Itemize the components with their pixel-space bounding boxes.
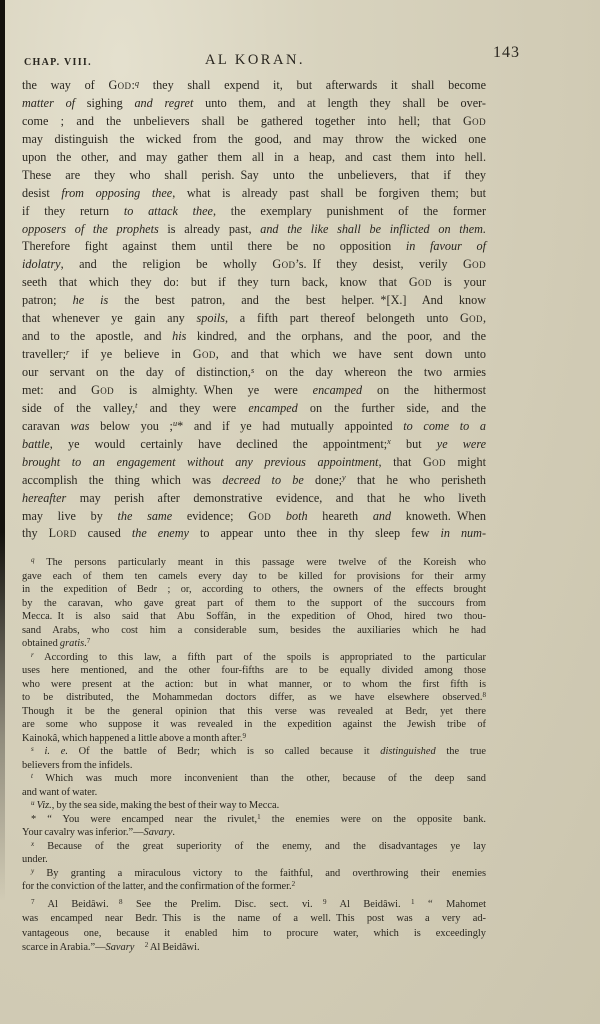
paragraph: t Which was much more inconvenient than …: [22, 772, 486, 799]
text-line: to be distributed, the Mohammedan doctor…: [22, 691, 486, 705]
paragraph: s i. e. Of the battle of Bedr; which is …: [22, 745, 486, 772]
text-line: in the expedition of Bedr ; or, accordin…: [22, 583, 486, 597]
text-line: traveller;r if ye believe in God, and th…: [22, 346, 486, 364]
paragraph: the way of God:q they shall expend it, b…: [22, 77, 486, 543]
page-number: 143: [493, 44, 520, 62]
text-line: battle, ye would certainly have declined…: [22, 436, 486, 454]
paragraph: 7 Al Beidâwi. 8 See the Prelim. Disc. se…: [22, 898, 486, 955]
text-line: upon the other, and may gather them all …: [22, 149, 486, 167]
page-header: CHAP. VIII. AL KORAN. 143: [22, 44, 488, 68]
text-line: for the conviction of the latter, and th…: [22, 880, 486, 894]
text-line: sand Arabs, who cost him a considerable …: [22, 624, 486, 638]
text-line: desist from opposing thee, what is alrea…: [22, 185, 486, 203]
text-line: accomplish the thing which was decreed t…: [22, 472, 486, 490]
text-line: * “ You were encamped near the rivulet,1…: [22, 813, 486, 827]
text-line: the way of God:q they shall expend it, b…: [22, 77, 486, 95]
text-line: patron; he is the best patron, and the b…: [22, 292, 486, 310]
text-line: gave each of them ten camels every day t…: [22, 570, 486, 584]
text-line: Though it be the general opinion that th…: [22, 705, 486, 719]
text-line: 7 Al Beidâwi. 8 See the Prelim. Disc. se…: [22, 898, 486, 912]
text-line: are some who suppose it was revealed in …: [22, 718, 486, 732]
text-line: met: and God is almighty. When ye were e…: [22, 382, 486, 400]
text-line: q The persons particularly meant in this…: [22, 556, 486, 570]
paragraph: x Because of the great superiority of th…: [22, 840, 486, 867]
text-line: who were present at the action: but in w…: [22, 678, 486, 692]
text-line: matter of sighing and regret unto them, …: [22, 95, 486, 113]
paragraph: q The persons particularly meant in this…: [22, 556, 486, 651]
text-line: under.: [22, 853, 486, 867]
text-line: These are they who shall perish. Say unt…: [22, 167, 486, 185]
text-line: that whenever ye gain any spoils, a fift…: [22, 310, 486, 328]
text-line: u Viz., by the sea side, making the best…: [22, 799, 486, 813]
text-line: brought to an engagement without any pre…: [22, 454, 486, 472]
text-line: caravan was below you ;u* and if ye had …: [22, 418, 486, 436]
text-line: Mecca. It is also said that Abu Soffân, …: [22, 610, 486, 624]
text-line: vantageous one, because it enabled him t…: [22, 927, 486, 941]
paragraph: u Viz., by the sea side, making the best…: [22, 799, 486, 813]
text-line: seeth that which they do: but if they tu…: [22, 274, 486, 292]
text-line: obtained gratis.7: [22, 637, 486, 651]
text-line: if they return to attack thee, the exemp…: [22, 203, 486, 221]
footnotes-section: q The persons particularly meant in this…: [22, 556, 486, 894]
text-line: and want of water.: [22, 786, 486, 800]
main-text: the way of God:q they shall expend it, b…: [22, 77, 486, 543]
text-line: hereafter may perish after demonstrative…: [22, 490, 486, 508]
running-title: AL KORAN.: [205, 52, 305, 69]
text-line: x Because of the great superiority of th…: [22, 840, 486, 854]
paragraph: r According to this law, a fifth part of…: [22, 651, 486, 746]
page-edge-shadow: [0, 0, 5, 1024]
text-line: s i. e. Of the battle of Bedr; which is …: [22, 745, 486, 759]
text-line: come ; and the unbelievers shall be gath…: [22, 113, 486, 131]
text-line: side of the valley,t and they were encam…: [22, 400, 486, 418]
paragraph: y By granting a miraculous victory to th…: [22, 867, 486, 894]
book-page: CHAP. VIII. AL KORAN. 143 the way of God…: [0, 0, 600, 1024]
text-line: t Which was much more inconvenient than …: [22, 772, 486, 786]
text-line: r According to this law, a fifth part of…: [22, 651, 486, 665]
text-line: and to the apostle, and his kindred, and…: [22, 328, 486, 346]
text-line: Kainokâ, which happened a little above a…: [22, 732, 486, 746]
paragraph: * “ You were encamped near the rivulet,1…: [22, 813, 486, 840]
text-line: idolatry, and the religion be wholly God…: [22, 256, 486, 274]
references-section: 7 Al Beidâwi. 8 See the Prelim. Disc. se…: [22, 898, 486, 955]
text-line: believers from the infidels.: [22, 759, 486, 773]
text-line: was encamped near Bedr. This is the name…: [22, 912, 486, 926]
text-line: our servant on the day of distinction,s …: [22, 364, 486, 382]
text-line: may live by the same evidence; God both …: [22, 508, 486, 526]
text-line: opposers of the prophets is already past…: [22, 221, 486, 239]
text-line: uses here mentioned, and the other four-…: [22, 664, 486, 678]
text-line: scarce in Arabia.”—Savary 2 Al Beidâwi.: [22, 941, 486, 955]
text-line: thy Lord caused the enemy to appear unto…: [22, 525, 486, 543]
text-line: y By granting a miraculous victory to th…: [22, 867, 486, 881]
text-line: Therefore fight against them until there…: [22, 238, 486, 256]
text-line: may distinguish the wicked from the good…: [22, 131, 486, 149]
text-line: Your cavalry was inferior.”—Savary.: [22, 826, 486, 840]
chapter-label: CHAP. VIII.: [24, 57, 92, 68]
text-line: by the caravan, who gave great part of t…: [22, 597, 486, 611]
